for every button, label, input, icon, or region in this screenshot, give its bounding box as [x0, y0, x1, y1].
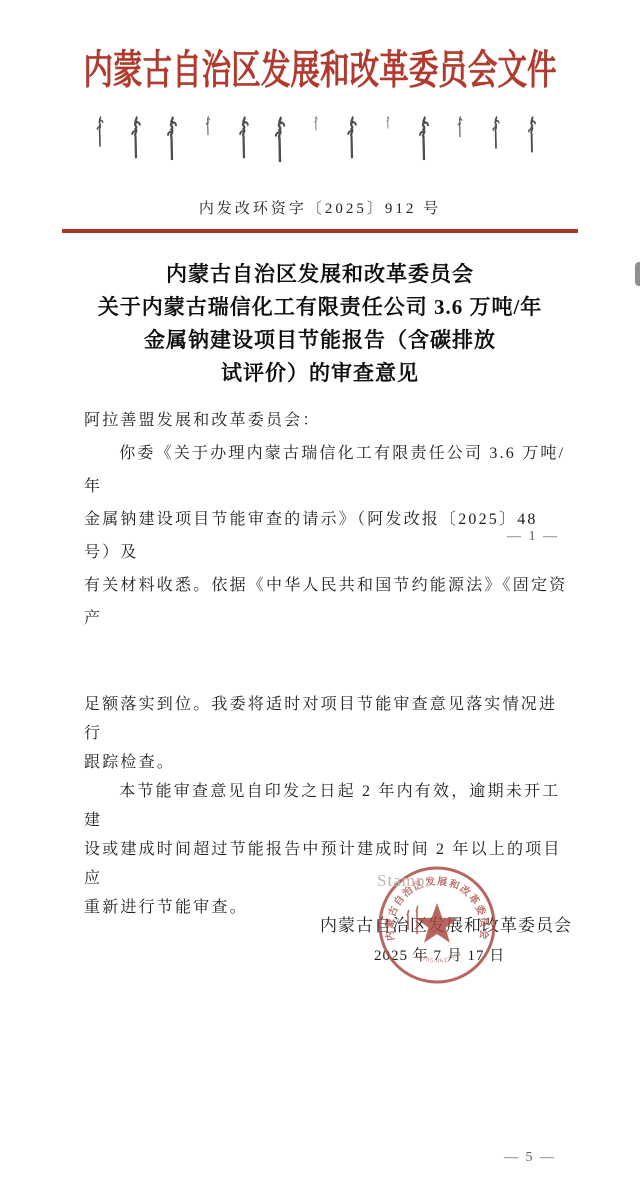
stamp-label: Stamp [377, 871, 425, 891]
text-line: 有关材料收悉。依据《中华人民共和国节约能源法》《固定资产 [84, 569, 568, 635]
text-line: 本节能审查意见自印发之日起 2 年内有效，逾期未开工建 [84, 777, 568, 835]
document-page: 内蒙古自治区发展和改革委员会文件 内发改环资字〔2025〕912 号 内蒙古自治… [0, 0, 640, 1200]
seal-mongolian-mark [416, 906, 417, 934]
page-number-5: — 5 — [504, 1150, 556, 1166]
text-line: 内蒙古自治区发展和改革委员会 [30, 258, 610, 291]
document-number: 内发改环资字〔2025〕912 号 [0, 197, 640, 218]
mongolian-script-row [90, 116, 550, 168]
text-line: 关于内蒙古瑞信化工有限责任公司 3.6 万吨/年 [30, 291, 610, 324]
text-line: 足额落实到位。我委将适时对项目节能审查意见落实情况进行 [84, 690, 568, 748]
text-line: 你委《关于办理内蒙古瑞信化工有限责任公司 3.6 万吨/年 [84, 437, 568, 503]
body-paragraph: 足额落实到位。我委将适时对项目节能审查意见落实情况进行跟踪检查。 [84, 690, 568, 777]
page1-body: 阿拉善盟发展和改革委员会： 你委《关于办理内蒙古瑞信化工有限责任公司 3.6 万… [84, 404, 568, 635]
seal-mongolian-mark [407, 910, 408, 930]
body-paragraph: 你委《关于办理内蒙古瑞信化工有限责任公司 3.6 万吨/年金属钠建设项目节能审查… [84, 437, 568, 635]
text-line: 试评价）的审查意见 [30, 357, 610, 390]
seal-serial: 150105.0627982 [411, 950, 464, 964]
document-title: 内蒙古自治区发展和改革委员会关于内蒙古瑞信化工有限责任公司 3.6 万吨/年金属… [30, 258, 610, 390]
page-edge-artifact [635, 262, 640, 286]
page-number-1: — 1 — [507, 529, 559, 545]
star-icon [416, 903, 458, 943]
text-line: 金属钠建设项目节能审查的请示》（阿发改报〔2025〕48 号）及 [84, 503, 568, 569]
salutation: 阿拉善盟发展和改革委员会： [84, 404, 568, 437]
text-line: 跟踪检查。 [84, 748, 568, 777]
red-separator-line [62, 229, 578, 233]
text-line: 金属钠建设项目节能报告（含碳排放 [30, 324, 610, 357]
document-header-title: 内蒙古自治区发展和改革委员会文件 [0, 50, 640, 92]
